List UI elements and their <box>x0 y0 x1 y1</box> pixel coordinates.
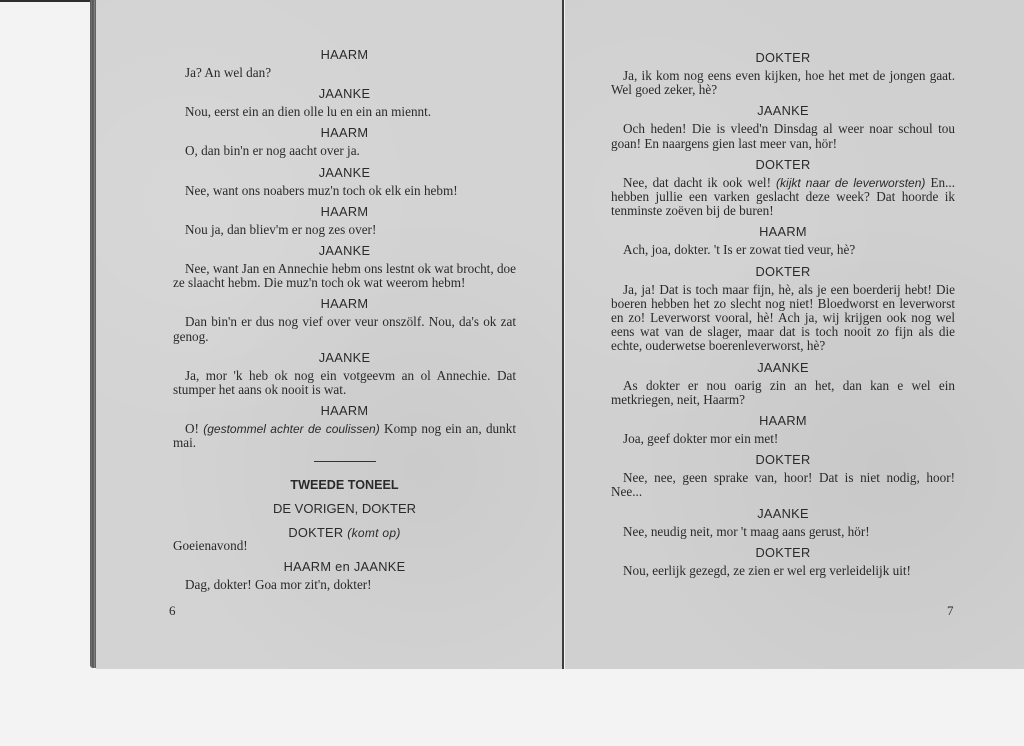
speaker-name: DOKTER <box>611 545 955 560</box>
stage-direction: (gestommel achter de coulissen) <box>203 422 379 436</box>
speaker-name: HAARM <box>173 296 516 311</box>
dialogue-line: Dag, dokter! Goa mor zit'n, dokter! <box>173 578 516 592</box>
dialogue-line: As dokter er nou oarig zin an het, dan k… <box>611 379 955 407</box>
dialogue-line: Nee, neudig neit, mor 't maag aans gerus… <box>611 525 955 539</box>
dialogue-line: Dan bin'n er dus nog vief over veur onsz… <box>173 315 516 343</box>
dialogue-line: Joa, geef dokter mor ein met! <box>611 432 955 446</box>
speaker-name: DOKTER <box>611 50 955 65</box>
speaker-name: JAANKE <box>173 350 516 365</box>
dialogue-line: Ja? An wel dan? <box>173 66 516 80</box>
dialogue-line: O, dan bin'n er nog aacht over ja. <box>173 144 516 158</box>
page-number-right: 7 <box>947 603 954 619</box>
right-page-text: DOKTER Ja, ik kom nog eens even kijken, … <box>611 50 955 584</box>
dialogue-line: Ja, ja! Dat is toch maar fijn, hè, als j… <box>611 283 955 354</box>
speaker-label: DOKTER <box>288 525 343 540</box>
dialogue-line: Nee, want Jan en Annechie hebm ons lestn… <box>173 262 516 290</box>
left-page-text: HAARM Ja? An wel dan? JAANKE Nou, eerst … <box>173 47 516 598</box>
speaker-name: DOKTER <box>611 452 955 467</box>
speaker-name: JAANKE <box>173 165 516 180</box>
speaker-name: HAARM <box>611 413 955 428</box>
scene-divider <box>314 461 376 462</box>
dialogue-line: Goeienavond! <box>173 539 516 553</box>
speaker-name: JAANKE <box>173 243 516 258</box>
scene-characters: DE VORIGEN, DOKTER <box>173 502 516 516</box>
speaker-name: JAANKE <box>611 103 955 118</box>
dialogue-line: Och heden! Die is vleed'n Dinsdag al wee… <box>611 122 955 150</box>
dialogue-line: O! (gestommel achter de coulissen) Komp … <box>173 422 516 450</box>
page-number-left: 6 <box>169 603 176 619</box>
dialogue-line: Ach, joa, dokter. 't Is er zowat tied ve… <box>611 243 955 257</box>
dialogue-line: Ja, ik kom nog eens even kijken, hoe het… <box>611 69 955 97</box>
dialogue-line: Nee, want ons noabers muz'n toch ok elk … <box>173 184 516 198</box>
speaker-name: HAARM <box>173 125 516 140</box>
dialogue-line: Nou, eerlijk gezegd, ze zien er wel erg … <box>611 564 955 578</box>
dialogue-text: Nee, dat dacht ik ook wel! <box>623 175 776 190</box>
speaker-name: HAARM <box>173 47 516 62</box>
speaker-name: JAANKE <box>173 86 516 101</box>
stage-direction: (kijkt naar de leverworsten) <box>776 176 925 190</box>
speaker-name: HAARM <box>611 224 955 239</box>
dialogue-line: Nou, eerst ein an dien olle lu en ein an… <box>173 105 516 119</box>
scan-edge-bar <box>0 0 96 2</box>
speaker-name: HAARM <box>173 403 516 418</box>
dialogue-line: Ja, mor 'k heb ok nog ein votgeevm an ol… <box>173 369 516 397</box>
speaker-name: JAANKE <box>611 360 955 375</box>
dialogue-line: Nee, dat dacht ik ook wel! (kijkt naar d… <box>611 176 955 219</box>
scene-title: TWEEDE TONEEL <box>173 478 516 492</box>
speaker-name: HAARM en JAANKE <box>173 559 516 574</box>
dialogue-line: Nee, nee, geen sprake van, hoor! Dat is … <box>611 471 955 499</box>
book-gutter <box>562 0 564 669</box>
dialogue-text: O! <box>185 421 203 436</box>
speaker-name: DOKTER <box>611 157 955 172</box>
speaker-name: HAARM <box>173 204 516 219</box>
dialogue-line: Nou ja, dan bliev'm er nog zes over! <box>173 223 516 237</box>
speaker-name: JAANKE <box>611 506 955 521</box>
stage-direction: (komt op) <box>347 526 400 540</box>
speaker-name: DOKTER <box>611 264 955 279</box>
